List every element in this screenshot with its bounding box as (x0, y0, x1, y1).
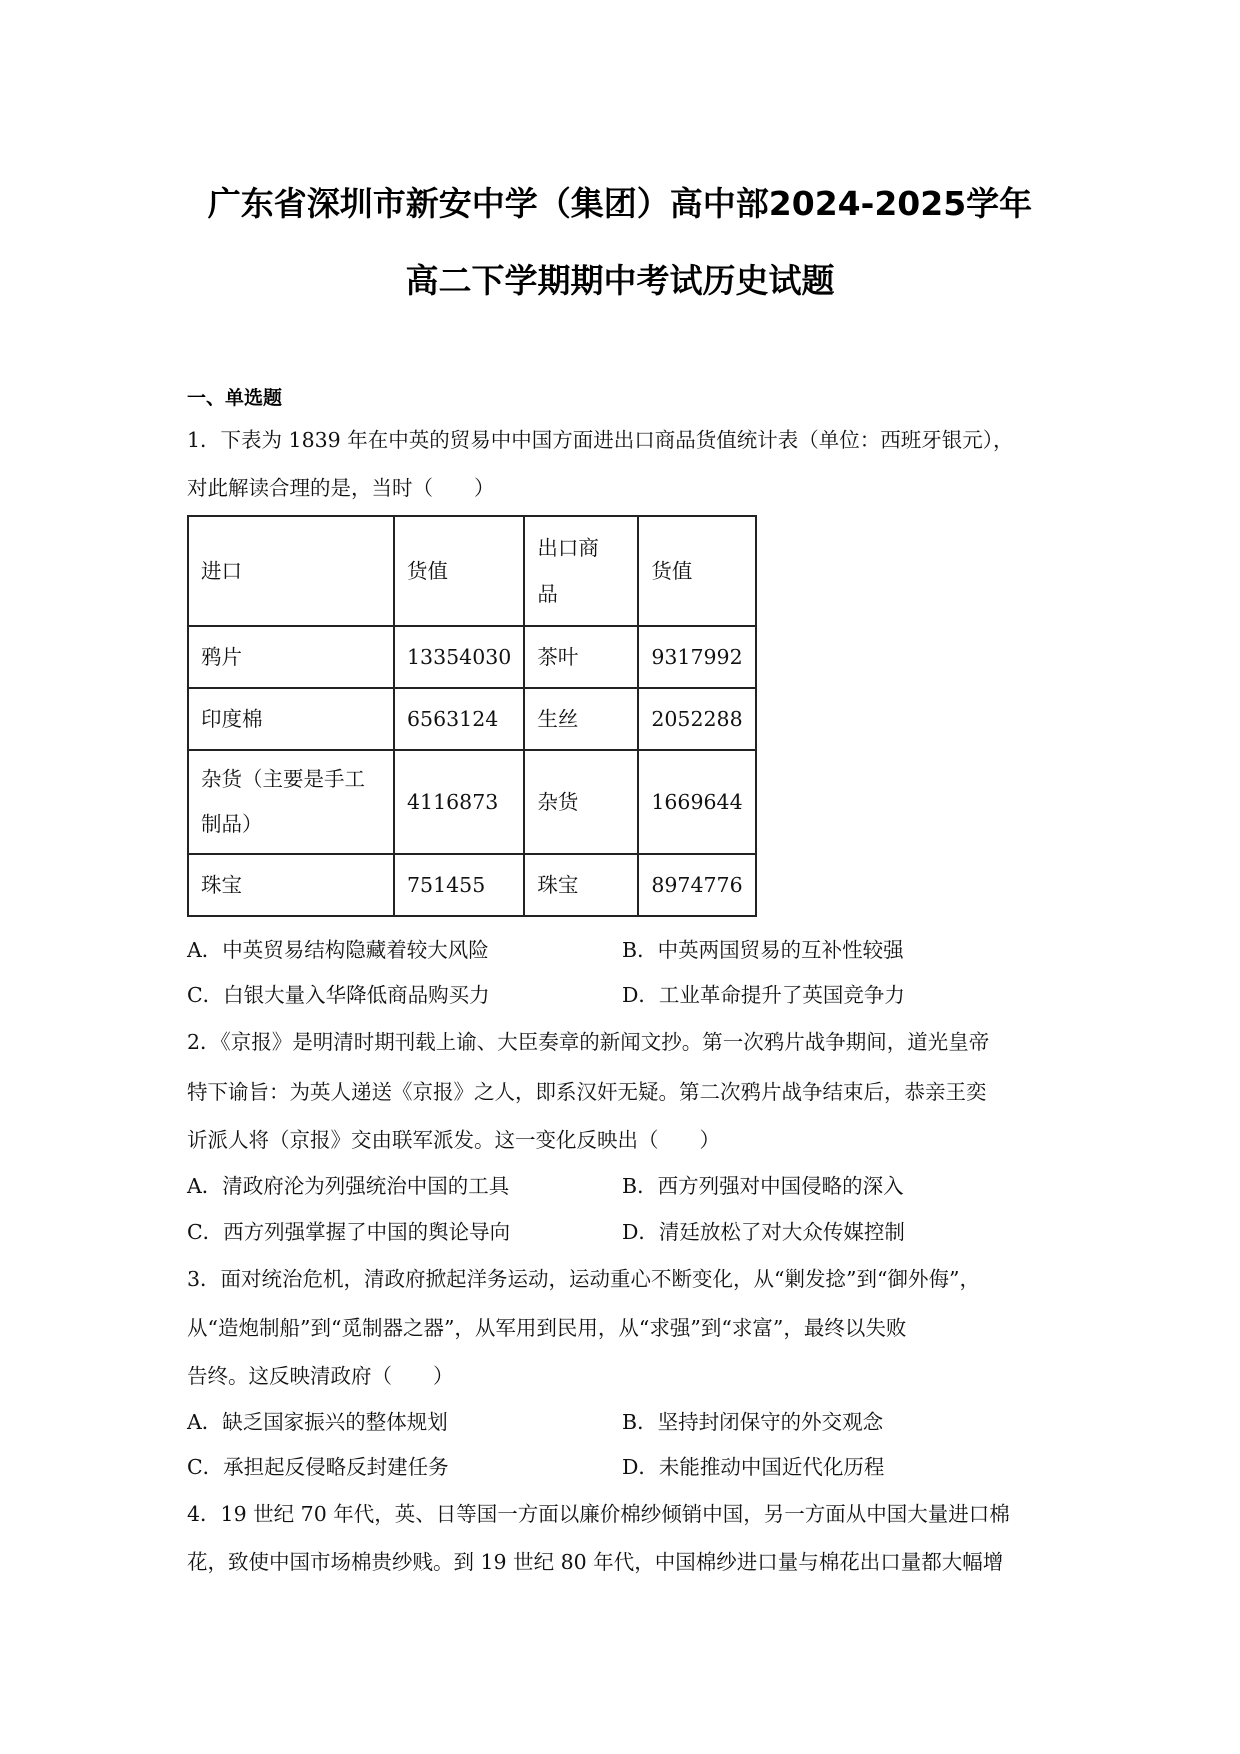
table-header-cell: 出口商 品 (524, 516, 638, 626)
table-cell: 杂货（主要是手工制品） (188, 750, 394, 854)
table-header-cell: 货值 (638, 516, 755, 626)
question-3-text-line-3: 告终。这反映清政府（ ） (187, 1364, 454, 1388)
table-header-cell: 进口 (188, 516, 394, 626)
table-cell: 印度棉 (188, 688, 394, 750)
question-1-option-c[interactable]: C．白银大量入华降低商品购买力 (187, 983, 490, 1007)
question-3-text-line-2: 从“造炮制船”到“觅制器之器”，从军用到民用，从“求强”到“求富”，最终以失败 (187, 1316, 906, 1340)
document-title-line-1: 广东省深圳市新安中学（集团）高中部2024-2025学年 (0, 178, 1240, 225)
question-2-option-d[interactable]: D．清廷放松了对大众传媒控制 (622, 1220, 905, 1244)
table-header-cell: 货值 (394, 516, 524, 626)
table-cell: 珠宝 (188, 854, 394, 916)
table-cell: 9317992 (638, 626, 755, 688)
question-2-option-b[interactable]: B．西方列强对中国侵略的深入 (622, 1174, 904, 1198)
question-4-text-line-1: 4．19 世纪 70 年代，英、日等国一方面以廉价棉纱倾销中国，另一方面从中国大… (187, 1502, 1010, 1526)
table-cell: 8974776 (638, 854, 755, 916)
question-2-text-line-2: 特下谕旨：为英人递送《京报》之人，即系汉奸无疑。第二次鸦片战争结束后，恭亲王奕 (187, 1080, 987, 1104)
question-3-option-a[interactable]: A．缺乏国家振兴的整体规划 (187, 1410, 448, 1434)
question-2-option-a[interactable]: A．清政府沦为列强统治中国的工具 (187, 1174, 509, 1198)
table-cell: 茶叶 (524, 626, 638, 688)
table-cell: 鸦片 (188, 626, 394, 688)
table-cell: 杂货 (524, 750, 638, 854)
question-2-option-c[interactable]: C．西方列强掌握了中国的舆论导向 (187, 1220, 510, 1244)
document-title-line-2: 高二下学期期中考试历史试题 (0, 255, 1240, 302)
table-cell: 生丝 (524, 688, 638, 750)
table-cell: 751455 (394, 854, 524, 916)
table-cell: 4116873 (394, 750, 524, 854)
question-2-text-line-3: 䜣派人将（京报》交由联军派发。这一变化反映出（ ） (187, 1128, 720, 1152)
question-2-text-line-1: 2．《京报》是明清时期刊载上谕、大臣奏章的新闻文抄。第一次鸦片战争期间，道光皇帝 (187, 1030, 989, 1054)
question-4-text-line-2: 花，致使中国市场棉贵纱贱。到 19 世纪 80 年代，中国棉纱进口量与棉花出口量… (187, 1550, 1003, 1574)
trade-value-table: 进口 货值 出口商 品 货值 鸦片 13354030 茶叶 9317992 印度… (187, 515, 757, 917)
table-cell: 2052288 (638, 688, 755, 750)
question-1-text-line-1: 1．下表为 1839 年在中英的贸易中中国方面进出口商品货值统计表（单位：西班牙… (187, 428, 1014, 452)
section-heading-single-choice: 一、单选题 (187, 383, 282, 410)
question-3-option-c[interactable]: C．承担起反侵略反封建任务 (187, 1455, 449, 1479)
question-3-option-b[interactable]: B．坚持封闭保守的外交观念 (622, 1410, 883, 1434)
question-1-option-d[interactable]: D．工业革命提升了英国竞争力 (622, 983, 905, 1007)
question-3-text-line-1: 3．面对统治危机，清政府掀起洋务运动，运动重心不断变化，从“剿发捻”到“御外侮”… (187, 1267, 980, 1291)
table-cell: 6563124 (394, 688, 524, 750)
table-row: 杂货（主要是手工制品） 4116873 杂货 1669644 (188, 750, 756, 854)
question-3-option-d[interactable]: D．未能推动中国近代化历程 (622, 1455, 884, 1479)
table-cell: 1669644 (638, 750, 755, 854)
table-row: 珠宝 751455 珠宝 8974776 (188, 854, 756, 916)
table-cell: 13354030 (394, 626, 524, 688)
question-1-option-b[interactable]: B．中英两国贸易的互补性较强 (622, 938, 904, 962)
question-1-option-a[interactable]: A．中英贸易结构隐藏着较大风险 (187, 938, 489, 962)
table-header-row: 进口 货值 出口商 品 货值 (188, 516, 756, 626)
table-cell: 珠宝 (524, 854, 638, 916)
table-row: 印度棉 6563124 生丝 2052288 (188, 688, 756, 750)
question-1-text-line-2: 对此解读合理的是，当时（ ） (187, 476, 495, 500)
table-row: 鸦片 13354030 茶叶 9317992 (188, 626, 756, 688)
